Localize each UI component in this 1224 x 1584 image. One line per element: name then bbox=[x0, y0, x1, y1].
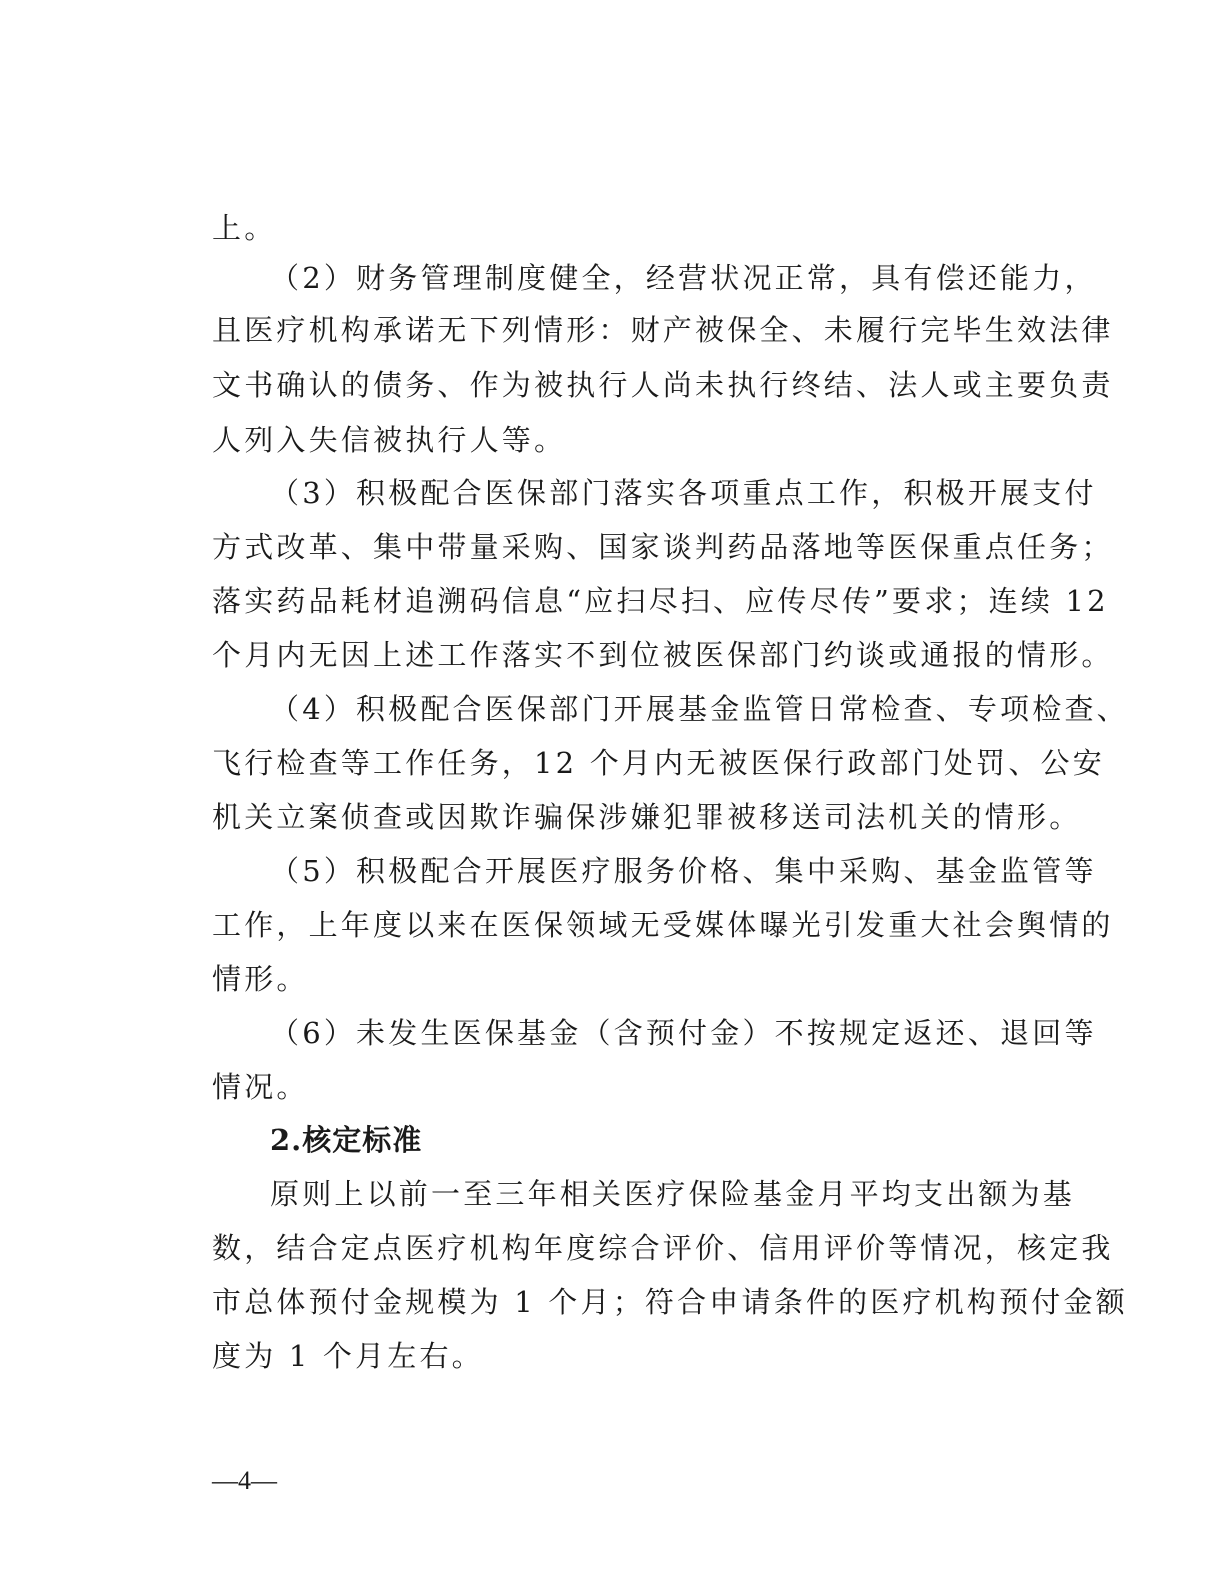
paragraph-line: （3）积极配合医保部门落实各项重点工作，积极开展支付 bbox=[270, 473, 1097, 513]
paragraph-line: 文书确认的债务、作为被执行人尚未执行终结、法人或主要负责 bbox=[212, 365, 1114, 405]
page-number: —4— bbox=[212, 1466, 277, 1496]
paragraph-line: 飞行检查等工作任务，12 个月内无被医保行政部门处罚、公安 bbox=[212, 743, 1105, 783]
paragraph-line: （5）积极配合开展医疗服务价格、集中采购、基金监管等 bbox=[270, 851, 1097, 891]
paragraph-line: （2）财务管理制度健全，经营状况正常，具有偿还能力， bbox=[270, 258, 1097, 298]
paragraph-line: 数，结合定点医疗机构年度综合评价、信用评价等情况，核定我 bbox=[212, 1228, 1114, 1268]
section-heading: 2.核定标准 bbox=[270, 1120, 422, 1160]
paragraph-line: 个月内无因上述工作落实不到位被医保部门约谈或通报的情形。 bbox=[212, 635, 1114, 675]
paragraph-line: （6）未发生医保基金（含预付金）不按规定返还、退回等 bbox=[270, 1013, 1097, 1053]
paragraph-line: 情形。 bbox=[212, 959, 309, 999]
paragraph-line: （4）积极配合医保部门开展基金监管日常检查、专项检查、 bbox=[270, 689, 1129, 729]
paragraph-line: 人列入失信被执行人等。 bbox=[212, 420, 566, 460]
paragraph-line: 度为 1 个月左右。 bbox=[212, 1336, 484, 1376]
paragraph-line: 工作，上年度以来在医保领域无受媒体曝光引发重大社会舆情的 bbox=[212, 905, 1114, 945]
paragraph-line: 情况。 bbox=[212, 1067, 309, 1107]
paragraph-line: 原则上以前一至三年相关医疗保险基金月平均支出额为基 bbox=[270, 1174, 1075, 1214]
paragraph-line: 上。 bbox=[212, 208, 276, 248]
paragraph-line: 方式改革、集中带量采购、国家谈判药品落地等医保重点任务； bbox=[212, 527, 1114, 567]
paragraph-line: 市总体预付金规模为 1 个月；符合申请条件的医疗机构预付金额 bbox=[212, 1282, 1128, 1322]
paragraph-line: 机关立案侦查或因欺诈骗保涉嫌犯罪被移送司法机关的情形。 bbox=[212, 797, 1081, 837]
paragraph-line: 落实药品耗材追溯码信息“应扫尽扫、应传尽传”要求；连续 12 bbox=[212, 581, 1109, 621]
paragraph-line: 且医疗机构承诺无下列情形：财产被保全、未履行完毕生效法律 bbox=[212, 310, 1114, 350]
